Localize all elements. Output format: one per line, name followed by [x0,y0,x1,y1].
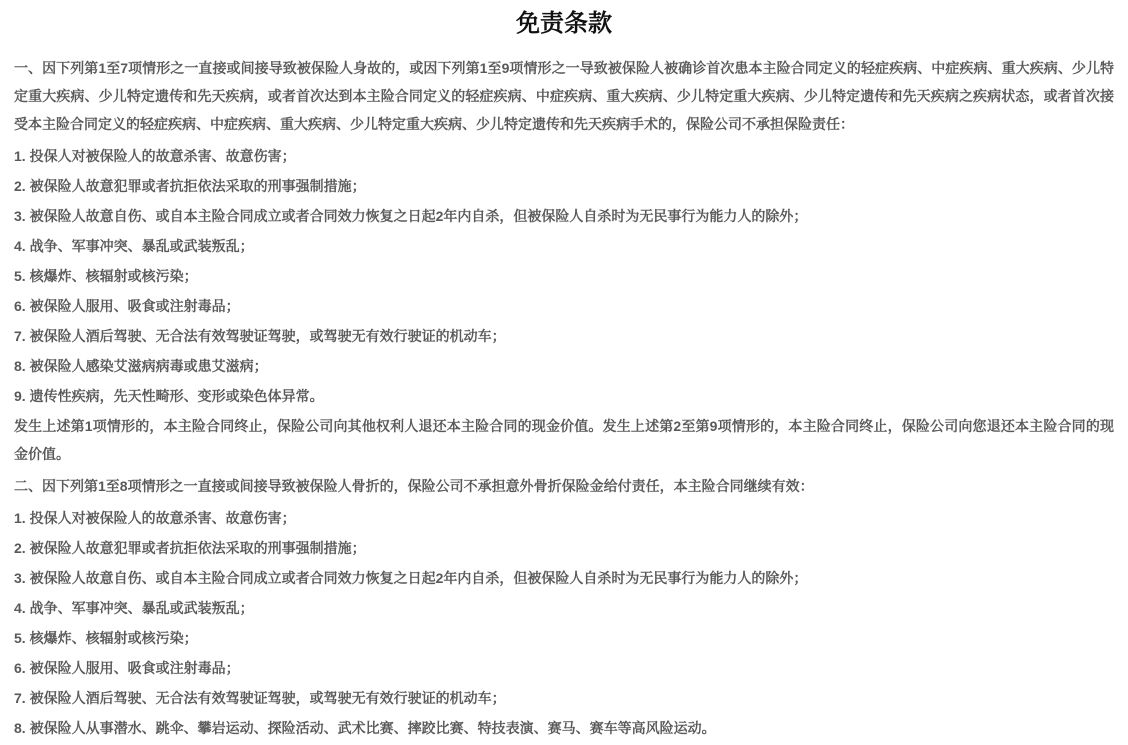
list-item: 4. 战争、军事冲突、暴乱或武装叛乱； [14,594,1114,622]
list-item: 3. 被保险人故意自伤、或自本主险合同成立或者合同效力恢复之日起2年内自杀，但被… [14,202,1114,230]
section1-intro-paragraph: 一、因下列第1至7项情形之一直接或间接导致被保险人身故的，或因下列第1至9项情形… [14,54,1114,138]
list-item: 3. 被保险人故意自伤、或自本主险合同成立或者合同效力恢复之日起2年内自杀，但被… [14,564,1114,592]
list-item: 6. 被保险人服用、吸食或注射毒品； [14,292,1114,320]
list-item: 6. 被保险人服用、吸食或注射毒品； [14,654,1114,682]
list-item: 1. 投保人对被保险人的故意杀害、故意伤害； [14,142,1114,170]
list-item: 7. 被保险人酒后驾驶、无合法有效驾驶证驾驶，或驾驶无有效行驶证的机动车； [14,322,1114,350]
exclusion-clauses-document: 免责条款 一、因下列第1至7项情形之一直接或间接导致被保险人身故的，或因下列第1… [0,8,1128,742]
list-item: 5. 核爆炸、核辐射或核污染； [14,262,1114,290]
list-item: 2. 被保险人故意犯罪或者抗拒依法采取的刑事强制措施； [14,172,1114,200]
page-title: 免责条款 [14,8,1114,39]
section-fracture-exclusions: 二、因下列第1至8项情形之一直接或间接导致被保险人骨折的，保险公司不承担意外骨折… [14,472,1114,742]
list-item: 5. 核爆炸、核辐射或核污染； [14,624,1114,652]
list-item: 4. 战争、军事冲突、暴乱或武装叛乱； [14,232,1114,260]
section1-outro-paragraph: 发生上述第1项情形的，本主险合同终止，保险公司向其他权利人退还本主险合同的现金价… [14,412,1114,468]
list-item: 9. 遗传性疾病，先天性畸形、变形或染色体异常。 [14,382,1114,410]
list-item: 1. 投保人对被保险人的故意杀害、故意伤害； [14,504,1114,532]
section2-intro-paragraph: 二、因下列第1至8项情形之一直接或间接导致被保险人骨折的，保险公司不承担意外骨折… [14,472,1114,500]
list-item: 2. 被保险人故意犯罪或者抗拒依法采取的刑事强制措施； [14,534,1114,562]
list-item: 7. 被保险人酒后驾驶、无合法有效驾驶证驾驶，或驾驶无有效行驶证的机动车； [14,684,1114,712]
list-item: 8. 被保险人从事潜水、跳伞、攀岩运动、探险活动、武术比赛、摔跤比赛、特技表演、… [14,714,1114,742]
list-item: 8. 被保险人感染艾滋病病毒或患艾滋病； [14,352,1114,380]
section-death-and-illness-exclusions: 一、因下列第1至7项情形之一直接或间接导致被保险人身故的，或因下列第1至9项情形… [14,54,1114,468]
